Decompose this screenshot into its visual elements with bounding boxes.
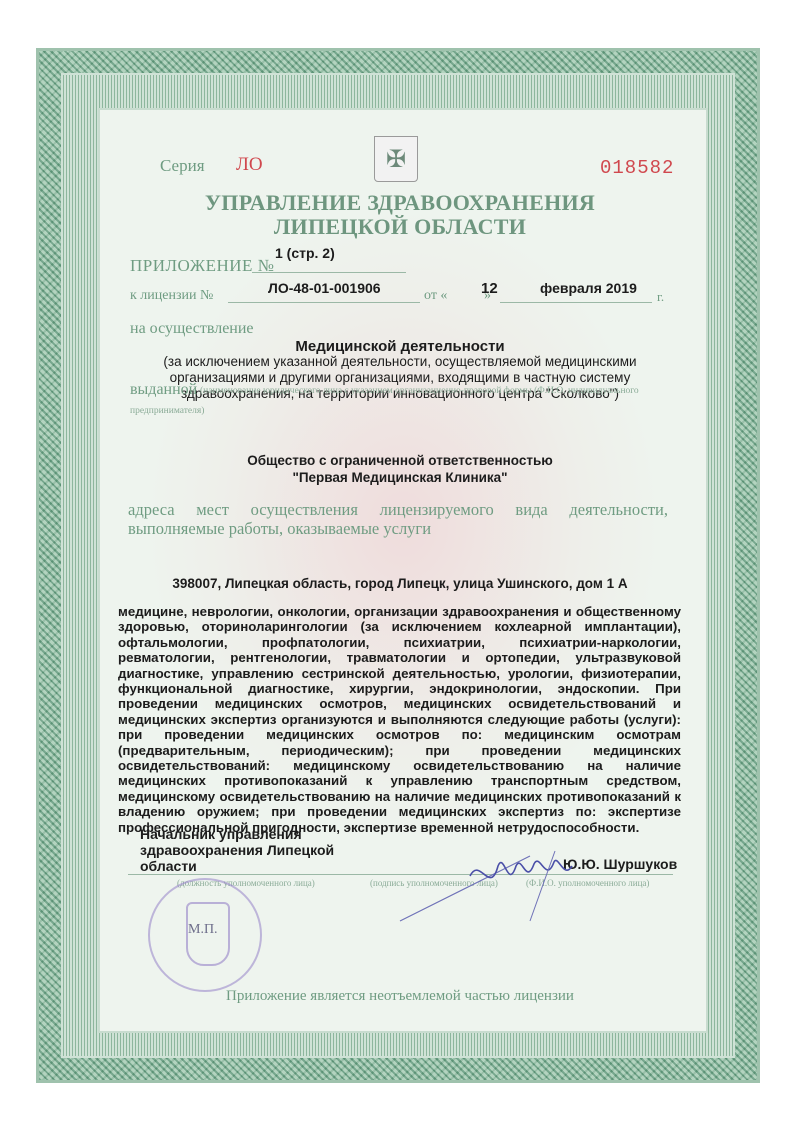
appendix-number: 1 (стр. 2) xyxy=(275,245,335,261)
issued-label: выданной xyxy=(130,381,197,399)
addresses-label: адреса мест осуществления лицензируемого… xyxy=(128,500,668,538)
license-label: к лицензии № xyxy=(130,288,213,304)
appendix-underline xyxy=(252,272,406,273)
authority-title-line2: ЛИПЕЦКОЙ ОБЛАСТИ xyxy=(0,214,800,240)
series-value: ЛО xyxy=(236,154,263,176)
license-number: ЛО-48-01-001906 xyxy=(268,280,381,296)
activity-address: 398007, Липецкая область, город Липецк, … xyxy=(0,576,800,591)
activity-title: Медицинской деятельности xyxy=(0,338,800,355)
appendix-label: ПРИЛОЖЕНИЕ № xyxy=(130,256,274,276)
authority-title-line1: УПРАВЛЕНИЕ ЗДРАВООХРАНЕНИЯ xyxy=(0,190,800,216)
signer-position-line3: области xyxy=(140,858,334,874)
signer-position-line2: здравоохранения Липецкой xyxy=(140,842,334,858)
issued-hint-continued: предпринимателя) xyxy=(130,406,204,416)
year-suffix: г. xyxy=(657,289,664,305)
form-number: 018582 xyxy=(600,157,674,179)
license-month-year: февраля 2019 xyxy=(540,280,637,296)
signer-position: Начальник управления здравоохранения Лип… xyxy=(140,826,334,874)
organization-name: "Первая Медицинская Клиника" xyxy=(0,469,800,486)
license-date-quote: » xyxy=(484,288,491,304)
series-label: Серия xyxy=(160,156,205,176)
handwritten-signature-icon xyxy=(380,836,600,926)
date-underline xyxy=(500,302,652,303)
issued-hint: (наименование юридического лица с указан… xyxy=(200,386,690,396)
stamp-place-label: М.П. xyxy=(188,922,218,938)
purpose-label: на осуществление xyxy=(130,320,254,338)
license-underline xyxy=(228,302,420,303)
signer-position-line1: Начальник управления xyxy=(140,826,334,842)
license-date-label: от « xyxy=(424,288,447,304)
footer-note: Приложение является неотъемлемой частью … xyxy=(0,988,800,1005)
services-list: медицине, неврологии, онкологии, организ… xyxy=(118,604,681,835)
coat-of-arms-icon: ✠ xyxy=(374,136,418,182)
organization-type: Общество с ограниченной ответственностью xyxy=(0,452,800,469)
